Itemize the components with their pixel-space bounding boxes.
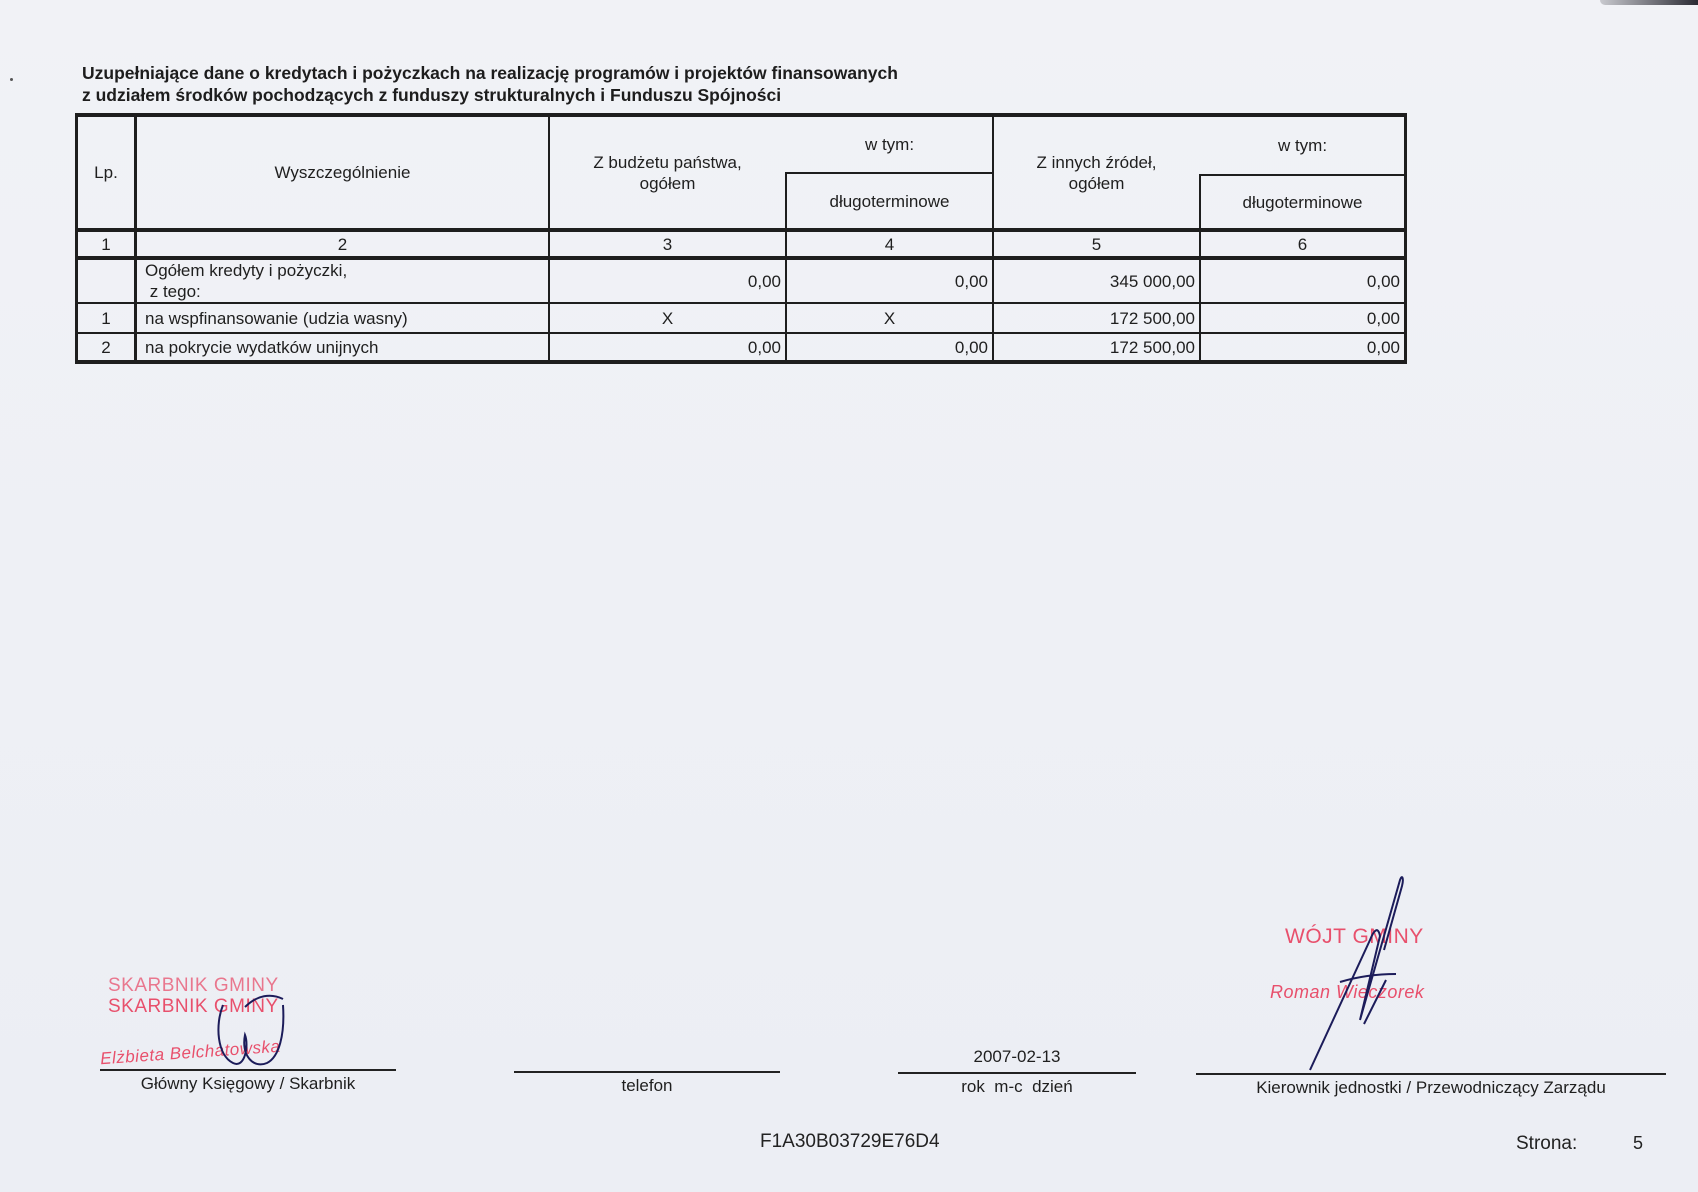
- header-state-budget-of-which: w tym:: [787, 117, 992, 172]
- row-1-other-sources-long-term: 0,00: [1201, 304, 1404, 332]
- phone-caption: telefon: [514, 1076, 780, 1096]
- colnum-3: 3: [550, 232, 785, 256]
- row-2-other-sources-long-term: 0,00: [1201, 334, 1404, 360]
- document-title-line-1: Uzupełniające dane o kredytach i pożyczk…: [82, 62, 1062, 84]
- total-row-description-line1: Ogółem kredyty i pożyczki,: [145, 260, 548, 281]
- total-row-state-budget-total: 0,00: [550, 260, 785, 302]
- header-other-sources-of-which: w tym:: [1201, 117, 1404, 174]
- date-value: 2007-02-13: [898, 1047, 1136, 1067]
- row-1-description: na wspfinansowanie (udzia wasny): [137, 304, 548, 332]
- total-row-other-sources-total: 345 000,00: [994, 260, 1199, 302]
- row-2-description: na pokrycie wydatków unijnych: [137, 334, 548, 360]
- table-border-bottom: [75, 360, 1407, 364]
- row-1-state-budget-long-term: X: [787, 304, 992, 332]
- header-other-sources-total-line1: Z innych źródeł,: [1037, 152, 1157, 173]
- total-row-other-sources-long-term: 0,00: [1201, 260, 1404, 302]
- header-state-budget-long-term: długoterminowe: [787, 174, 992, 228]
- scan-dot: [10, 78, 13, 81]
- phone-line: [514, 1071, 780, 1073]
- colnum-4: 4: [787, 232, 992, 256]
- header-state-budget-total-line2: ogółem: [640, 173, 696, 194]
- total-row-description: Ogółem kredyty i pożyczki, z tego:: [137, 260, 548, 302]
- row-2-state-budget-total: 0,00: [550, 334, 785, 360]
- head-signature-icon: [1300, 870, 1460, 1080]
- row-2-lp: 2: [78, 334, 134, 360]
- total-row-description-line2: z tego:: [145, 281, 548, 302]
- accountant-caption: Główny Księgowy / Skarbnik: [100, 1074, 396, 1094]
- table-border-right: [1404, 113, 1407, 364]
- date-line: [898, 1072, 1136, 1074]
- header-other-sources-total: Z innych źródeł, ogółem: [994, 117, 1199, 228]
- colnum-6: 6: [1201, 232, 1404, 256]
- total-row-lp: [78, 260, 134, 302]
- date-caption: rok m-c dzień: [898, 1077, 1136, 1097]
- header-lp: Lp.: [78, 117, 134, 228]
- row-2-state-budget-long-term: 0,00: [787, 334, 992, 360]
- row-2-other-sources-total: 172 500,00: [994, 334, 1199, 360]
- row-1-state-budget-total: X: [550, 304, 785, 332]
- page-number: 5: [1633, 1133, 1643, 1154]
- header-other-sources-total-line2: ogółem: [1069, 173, 1125, 194]
- loans-table: Lp. Wyszczególnienie Z budżetu państwa, …: [75, 113, 1407, 363]
- scan-edge-mark: [1600, 0, 1698, 5]
- header-other-sources-long-term: długoterminowe: [1201, 176, 1404, 228]
- header-description: Wyszczególnienie: [137, 117, 548, 228]
- accountant-signature-line: [100, 1069, 396, 1071]
- head-caption: Kierownik jednostki / Przewodniczący Zar…: [1196, 1078, 1666, 1098]
- page-label: Strona:: [1516, 1133, 1577, 1155]
- document-title: Uzupełniające dane o kredytach i pożyczk…: [82, 62, 1062, 106]
- header-state-budget-total-line1: Z budżetu państwa,: [593, 152, 741, 173]
- header-state-budget-total: Z budżetu państwa, ogółem: [550, 117, 785, 228]
- document-title-line-2: z udziałem środków pochodzących z fundus…: [82, 84, 1062, 106]
- colnum-1: 1: [78, 232, 134, 256]
- document-id: F1A30B03729E76D4: [760, 1131, 940, 1153]
- row-1-lp: 1: [78, 304, 134, 332]
- accountant-signature-icon: [205, 985, 325, 1075]
- row-1-other-sources-total: 172 500,00: [994, 304, 1199, 332]
- colnum-2: 2: [137, 232, 548, 256]
- head-signature-line: [1196, 1073, 1666, 1075]
- total-row-state-budget-long-term: 0,00: [787, 260, 992, 302]
- colnum-5: 5: [994, 232, 1199, 256]
